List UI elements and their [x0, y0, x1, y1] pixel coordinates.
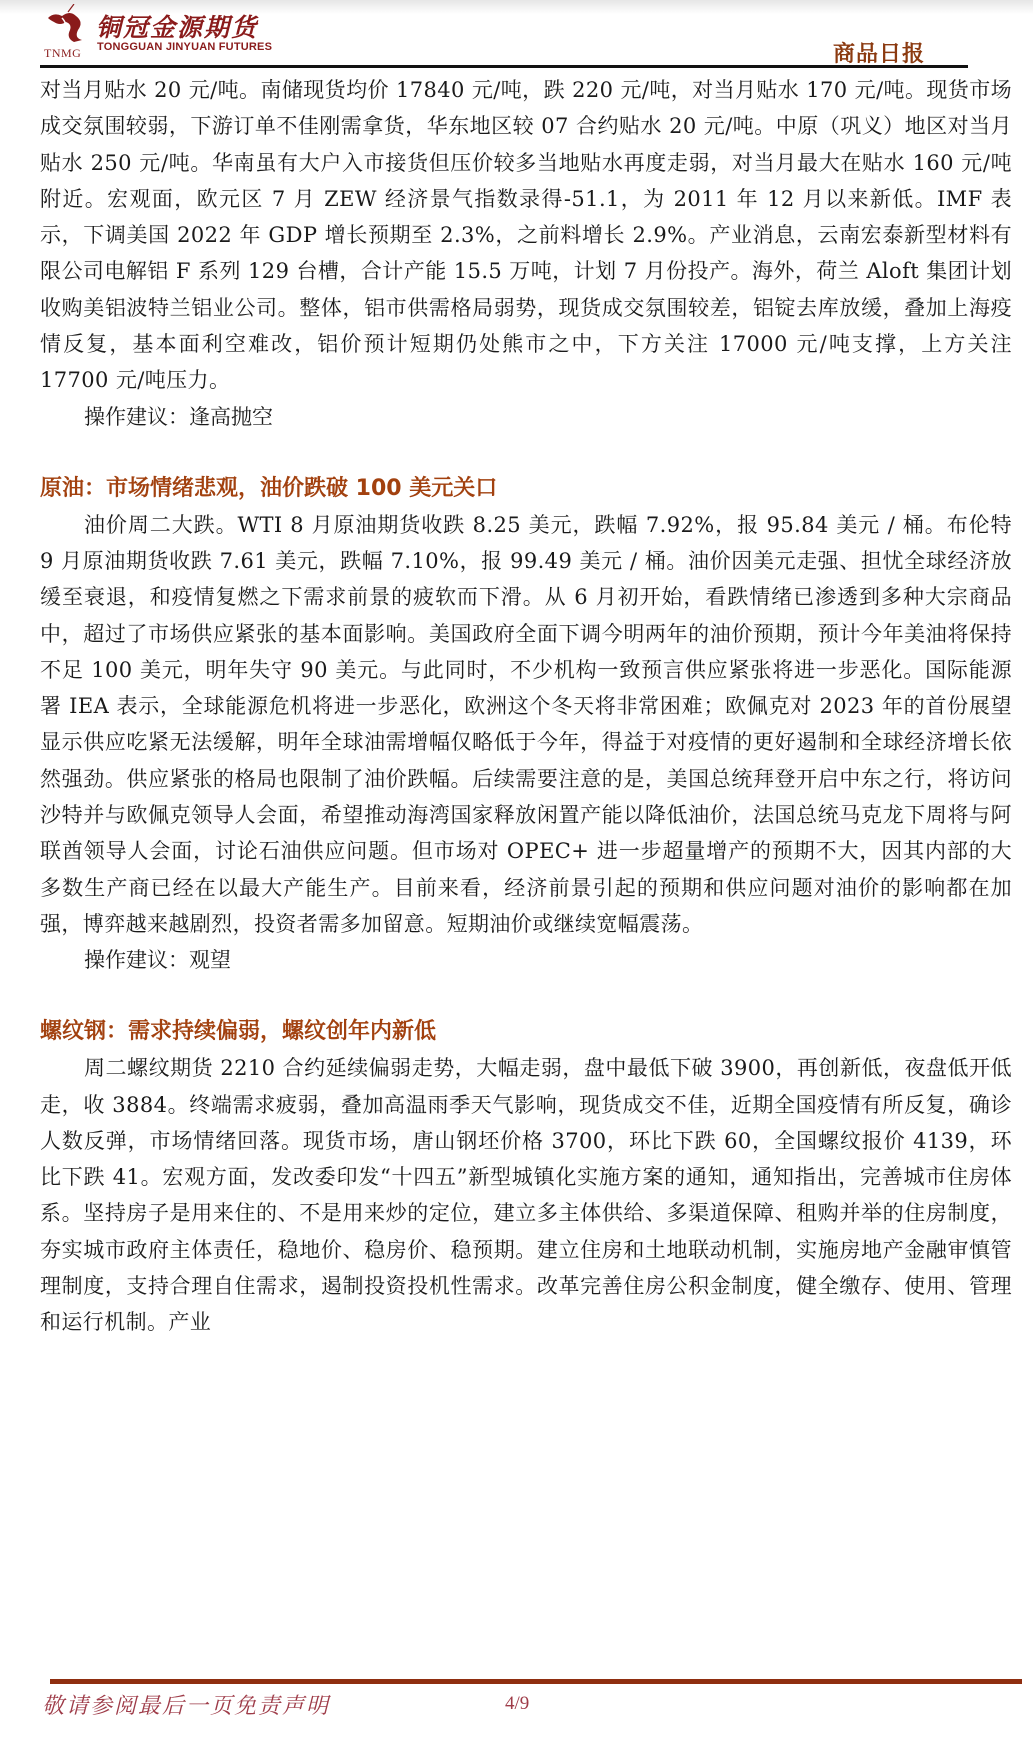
section-aluminum-continued: 对当月贴水 20 元/吨。南储现货均价 17840 元/吨，跌 220 元/吨，…	[40, 72, 1012, 435]
page-indicator: 4/9	[505, 1693, 529, 1715]
brand-name-en: TONGGUAN JINYUAN FUTURES	[97, 41, 272, 53]
report-type-title: 商品日报	[833, 37, 925, 68]
section-title: 螺纹钢：需求持续偏弱，螺纹创年内新低	[40, 1014, 1012, 1050]
paragraph: 油价周二大跌。WTI 8 月原油期货收跌 8.25 美元，跌幅 7.92%，报 …	[40, 507, 1012, 943]
disclaimer-note: 敬请参阅最后一页免责声明	[42, 1689, 330, 1720]
section-spacer	[40, 435, 1012, 471]
page-header: TNMG 铜冠金源期货 TONGGUAN JINYUAN FUTURES 商品日…	[0, 0, 1033, 70]
section-rebar: 螺纹钢：需求持续偏弱，螺纹创年内新低 周二螺纹期货 2210 合约延续偏弱走势，…	[40, 1014, 1012, 1340]
brand-name-cn: 铜冠金源期货	[96, 8, 258, 44]
trading-advice: 操作建议：逢高抛空	[40, 399, 1012, 435]
paragraph: 周二螺纹期货 2210 合约延续偏弱走势，大幅走弱，盘中最低下破 3900，再创…	[40, 1050, 1012, 1340]
company-logo: TNMG	[40, 4, 104, 62]
section-crude-oil: 原油：市场情绪悲观，油价跌破 100 美元关口 油价周二大跌。WTI 8 月原油…	[40, 471, 1012, 979]
paragraph: 对当月贴水 20 元/吨。南储现货均价 17840 元/吨，跌 220 元/吨，…	[40, 72, 1012, 399]
logo-abbreviation: TNMG	[44, 46, 81, 61]
trading-advice: 操作建议：观望	[40, 942, 1012, 978]
section-title: 原油：市场情绪悲观，油价跌破 100 美元关口	[40, 471, 1012, 507]
report-body: 对当月贴水 20 元/吨。南储现货均价 17840 元/吨，跌 220 元/吨，…	[40, 72, 1012, 1341]
section-spacer	[40, 978, 1012, 1014]
phoenix-logo-icon	[44, 4, 92, 44]
header-divider	[40, 65, 968, 68]
footer-divider	[50, 1679, 1022, 1684]
